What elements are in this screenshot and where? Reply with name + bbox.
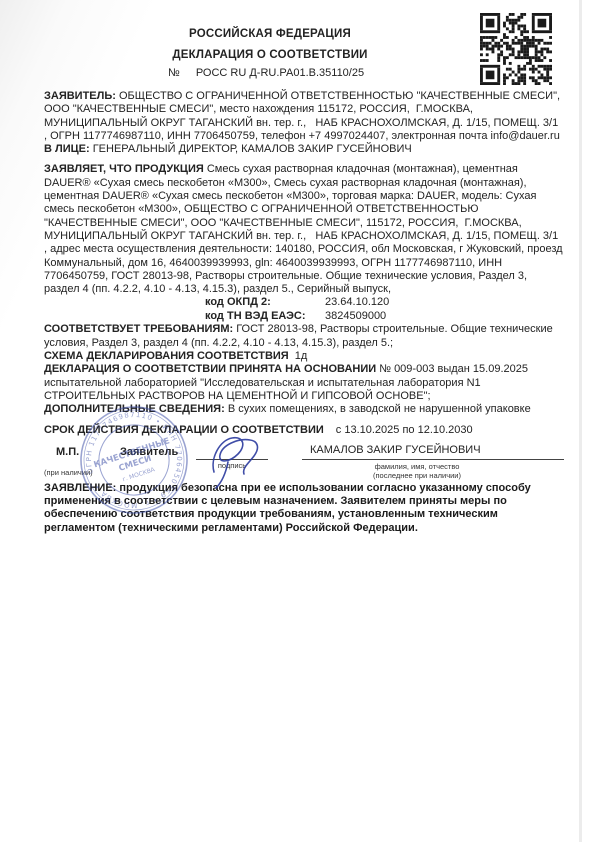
- handwritten-signature: [198, 430, 278, 492]
- tnved-code-row: код ТН ВЭД ЕАЭС:3824509000: [44, 310, 563, 324]
- number-sign: №: [168, 66, 180, 80]
- in-person-paragraph: В ЛИЦЕ: ГЕНЕРАЛЬНЫЙ ДИРЕКТОР, КАМАЛОВ ЗА…: [44, 143, 563, 156]
- validity-dates: с 13.10.2025 по 12.10.2030: [336, 424, 473, 436]
- scheme-label: СХЕМА ДЕКЛАРИРОВАНИЯ СООТВЕТСТВИЯ: [44, 350, 289, 362]
- scan-shadow: [579, 0, 582, 842]
- name-caption-line2: (последнее при наличии): [302, 471, 532, 480]
- product-paragraph: ЗАЯВЛЯЕТ, ЧТО ПРОДУКЦИЯ Смесь сухая раст…: [44, 163, 563, 296]
- declaration-document: РОССИЙСКАЯ ФЕДЕРАЦИЯ ДЕКЛАРАЦИЯ О СООТВЕ…: [0, 0, 596, 842]
- applicant-paragraph: ЗАЯВИТЕЛЬ: ОБЩЕСТВО С ОГРАНИЧЕННОЙ ОТВЕТ…: [44, 90, 563, 143]
- in-person-text: ГЕНЕРАЛЬНЫЙ ДИРЕКТОР, КАМАЛОВ ЗАКИР ГУСЕ…: [90, 143, 412, 155]
- okpd2-code-row: код ОКПД 2:23.64.10.120: [44, 296, 563, 310]
- complies-paragraph: СООТВЕТСТВУЕТ ТРЕБОВАНИЯМ: ГОСТ 28013-98…: [44, 323, 563, 350]
- scheme-line: СХЕМА ДЕКЛАРИРОВАНИЯ СООТВЕТСТВИЯ1д: [44, 350, 563, 363]
- tnved-code-label: код ТН ВЭД ЕАЭС:: [205, 310, 325, 324]
- name-caption-line1: фамилия, имя, отчество: [302, 462, 532, 471]
- in-person-label: В ЛИЦЕ:: [44, 143, 90, 155]
- document-title: ДЕКЛАРАЦИЯ О СООТВЕТСТВИИ: [44, 48, 496, 62]
- header-country: РОССИЙСКАЯ ФЕДЕРАЦИЯ: [44, 27, 496, 41]
- additional-info-text: В сухих помещениях, в заводской не наруш…: [225, 403, 531, 415]
- okpd2-code-label: код ОКПД 2:: [205, 296, 325, 310]
- scheme-value: 1д: [295, 350, 308, 362]
- product-text: Смесь сухая растворная кладочная (монтаж…: [44, 163, 570, 295]
- product-label: ЗАЯВЛЯЕТ, ЧТО ПРОДУКЦИЯ: [44, 163, 204, 175]
- applicant-text: ОБЩЕСТВО С ОГРАНИЧЕННОЙ ОТВЕТСТВЕННОСТЬЮ…: [44, 90, 570, 142]
- complies-label: СООТВЕТСТВУЕТ ТРЕБОВАНИЯМ:: [44, 323, 233, 335]
- declaration-number: РОСС RU Д-RU.РА01.В.35110/25: [196, 66, 364, 80]
- company-stamp: ОГРН 1177746987110 • ИНН 7706450759 • г.…: [72, 398, 196, 522]
- basis-label: ДЕКЛАРАЦИЯ О СООТВЕТСТВИИ ПРИНЯТА НА ОСН…: [44, 363, 376, 375]
- signatory-name: КАМАЛОВ ЗАКИР ГУСЕЙНОВИЧ: [302, 444, 564, 460]
- okpd2-code-value: 23.64.10.120: [325, 296, 389, 308]
- name-caption: фамилия, имя, отчество (последнее при на…: [302, 462, 532, 480]
- signatory-name-block: КАМАЛОВ ЗАКИР ГУСЕЙНОВИЧ фамилия, имя, о…: [302, 444, 564, 480]
- qr-code-icon: [480, 13, 552, 85]
- tnved-code-value: 3824509000: [325, 310, 386, 322]
- applicant-label: ЗАЯВИТЕЛЬ:: [44, 90, 116, 102]
